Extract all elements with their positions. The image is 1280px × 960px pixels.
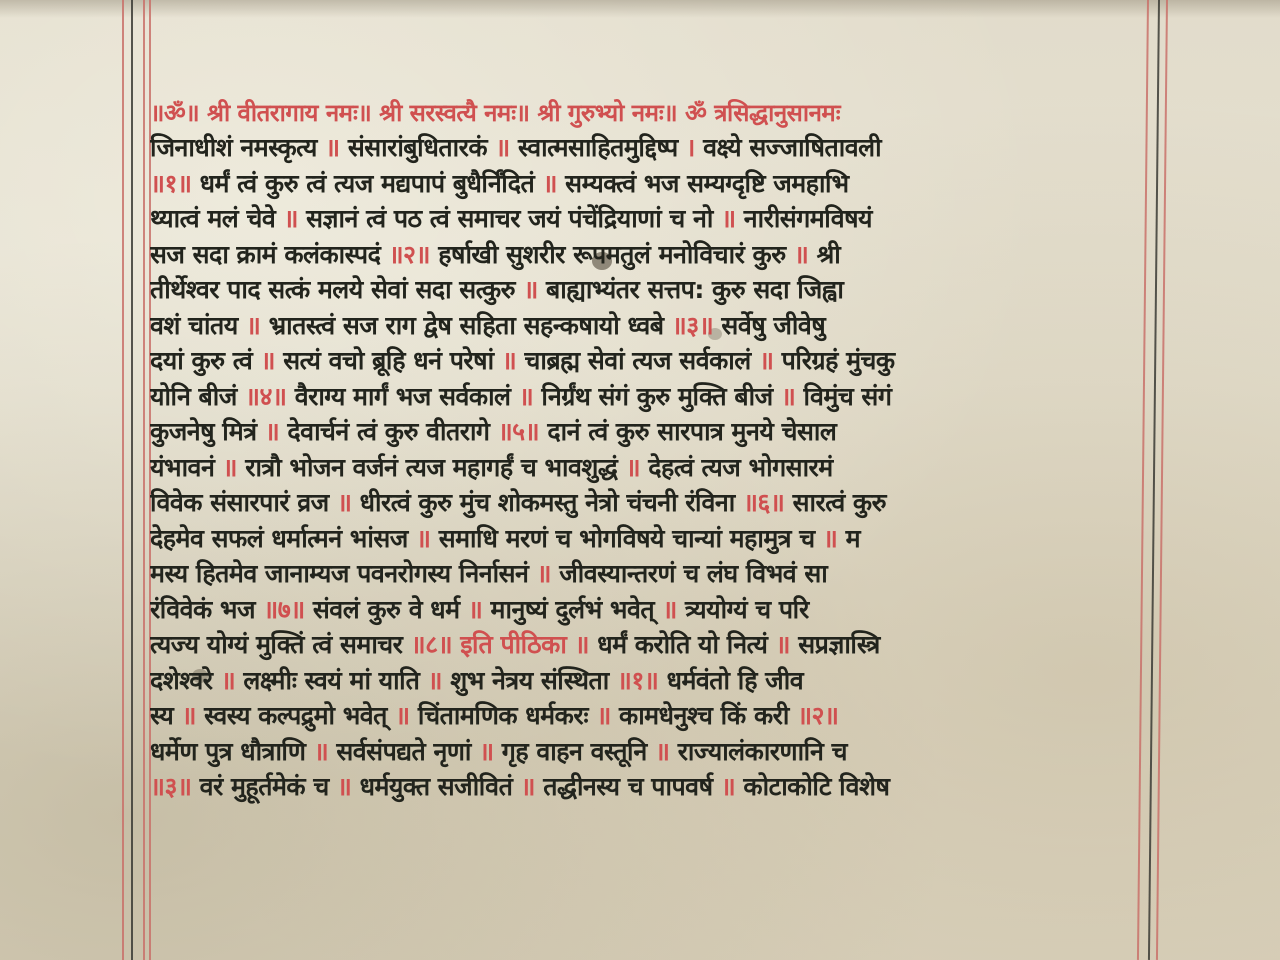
rubric-text: ॥१॥ <box>609 666 667 695</box>
verse-text: समाधि मरणं च भोगविषये चान्यां महामुत्र च <box>439 524 815 553</box>
verse-text: धर्मवंतो हि जीव <box>667 666 804 695</box>
rubric-text: ॥ <box>534 169 565 198</box>
verse-line: जिनाधीशं नमस्कृत्य ॥ संसारांबुधितारकं ॥ … <box>150 130 1150 166</box>
verse-text: शुभ नेत्रय संस्थिता <box>450 666 608 695</box>
left-margin-rule-red-inner <box>143 0 145 960</box>
verse-text: त्र्ययोग्यं च परि <box>685 595 809 624</box>
verse-text: सम्यक्त्वं भज सम्यग्दृष्टि जमहाभि <box>565 169 848 198</box>
verse-line: दयां कुरु त्वं ॥ सत्यं वचो ब्रूहि धनं पर… <box>150 343 1150 379</box>
rubric-text: ॥ <box>213 666 244 695</box>
rubric-text: ॥ <box>460 595 491 624</box>
verse-line: थ्यात्वं मलं चेवे ॥ सज्ञानं त्वं पठ त्वं… <box>150 201 1150 237</box>
rubric-text: ॥२॥ <box>789 701 839 730</box>
rubric-text: ॥ <box>647 737 678 766</box>
verse-text: दयां कुरु त्वं <box>150 346 252 375</box>
rubric-text: ॥ <box>512 772 543 801</box>
rubric-text: ॥५॥ <box>490 417 548 446</box>
manuscript-text: ॥ॐ॥ श्री वीतरागाय नमः॥ श्री सरस्वत्यै नम… <box>150 96 1150 805</box>
rubric-text: ॥ॐ॥ श्री वीतरागाय नमः॥ श्री सरस्वत्यै नम… <box>150 99 840 127</box>
rubric-text: ॥१॥ <box>150 169 200 198</box>
verse-text: लक्ष्मीः स्वयं मां याति <box>243 666 419 695</box>
verse-text: तद्धीनस्य च पापवर्ष <box>543 772 712 801</box>
verse-text: धर्मं त्वं कुरु त्वं त्यज मद्यपापं बुधैर… <box>200 169 535 198</box>
verse-line: धर्मेण पुत्र धौत्राणि ॥ सर्वसंपद्यते नृण… <box>150 734 1150 770</box>
verse-text: नारीसंगमविषयं <box>744 204 872 233</box>
rubric-text: ॥ <box>329 488 360 517</box>
verse-text: सर्वेषु जीवेषु <box>721 311 825 340</box>
verse-line: मस्य हितमेव जानाम्यज पवनरोगस्य निर्नासनं… <box>150 556 1150 592</box>
rubric-text: ॥ <box>471 737 502 766</box>
verse-line: देहमेव सफलं धर्मात्मनं भांसज ॥ समाधि मरण… <box>150 521 1150 557</box>
verse-line: ॥३॥ वरं मुहूर्तमेकं च ॥ धर्मयुक्त सजीवित… <box>150 769 1150 805</box>
rubric-text: ॥ <box>617 453 648 482</box>
verse-text: म <box>846 524 860 553</box>
verse-text: मस्य हितमेव जानाम्यज पवनरोगस्य निर्नासनं <box>150 559 528 588</box>
verse-text: रात्रौ भोजन वर्जनं त्यज महागर्हं च भावशु… <box>245 453 617 482</box>
verse-text: स्वात्मसाहितमुद्दिष्प <box>518 133 678 162</box>
rubric-text: ॥२॥ <box>380 240 438 269</box>
verse-text: दशेश्वरे <box>150 666 213 695</box>
verse-text: स्वस्य कल्पद्रुमो भवेत् <box>204 701 387 730</box>
verse-line: त्यज्य योग्यं मुक्तिं त्वं समाचर ॥८॥ इति… <box>150 627 1150 663</box>
verse-text: सज सदा क्रामं कलंकास्पदं <box>150 240 380 269</box>
verse-line: सज सदा क्रामं कलंकास्पदं ॥२॥ हर्षाखी सुश… <box>150 237 1150 273</box>
rubric-text: ॥ <box>252 346 283 375</box>
verse-text: योनि बीजं <box>150 382 237 411</box>
verse-text: देहत्वं त्यज भोगसारमं <box>648 453 832 482</box>
rubric-text: ॥ <box>419 666 450 695</box>
verse-text: सज्ञानं त्वं पठ त्वं समाचर जयं पंचेंद्रि… <box>306 204 713 233</box>
verse-text: गृह वाहन वस्तूनि <box>502 737 647 766</box>
invocation-line: ॥ॐ॥ श्री वीतरागाय नमः॥ श्री सरस्वत्यै नम… <box>150 96 1150 130</box>
rubric-text: ॥३॥ <box>664 311 722 340</box>
rubric-text: ॥ <box>713 772 744 801</box>
verse-text: कोटाकोटि विशेष <box>743 772 889 801</box>
rubric-text: ॥ <box>528 559 559 588</box>
rubric-text: ॥७॥ <box>255 595 313 624</box>
rubric-text: ॥४॥ <box>237 382 295 411</box>
verse-text: चिंतामणिक धर्मकरः <box>418 701 588 730</box>
verse-text: धीरत्वं कुरु मुंच शोकमस्तु नेत्रो चंचनी … <box>360 488 735 517</box>
verse-text: वशं चांतय <box>150 311 238 340</box>
verse-line: वशं चांतय ॥ भ्रातस्त्वं सज राग द्वेष सहि… <box>150 308 1150 344</box>
verse-line: दशेश्वरे ॥ लक्ष्मीः स्वयं मां याति ॥ शुभ… <box>150 663 1150 699</box>
verse-line: तीर्थेश्वर पाद सत्कं मलये सेवां सदा सत्क… <box>150 272 1150 308</box>
rubric-text: ॥ <box>317 133 348 162</box>
verse-text: देवार्चनं त्वं कुरु वीतरागे <box>287 417 489 446</box>
verse-line: योनि बीजं ॥४॥ वैराग्य मार्गं भज सर्वकालं… <box>150 379 1150 415</box>
verse-text: निर्ग्रंथ संगं कुरु मुक्ति बीजं <box>541 382 772 411</box>
rubric-text: ॥ <box>329 772 360 801</box>
rubric-text: ॥ <box>511 382 542 411</box>
verse-text: तीर्थेश्वर पाद सत्कं मलये सेवां सदा सत्क… <box>150 275 515 304</box>
verse-text: कुजनेषु मित्रं <box>150 417 257 446</box>
verse-text: राज्यालंकारणानि च <box>678 737 847 766</box>
verse-line: ॥१॥ धर्मं त्वं कुरु त्वं त्यज मद्यपापं ब… <box>150 166 1150 202</box>
rubric-text: ॥ <box>173 701 204 730</box>
verse-text: जिनाधीशं नमस्कृत्य <box>150 133 317 162</box>
verse-text: कामधेनुश्च किं करी <box>619 701 789 730</box>
rubric-text: ॥ <box>387 701 418 730</box>
left-margin-rule-red-outer <box>122 0 124 960</box>
verse-text: स्य <box>150 701 173 730</box>
rubric-text: ॥८॥ इति पीठिका ॥ <box>402 630 597 659</box>
rubric-text: ॥ <box>815 524 846 553</box>
verse-text: परिग्रहं मुंचकु <box>782 346 895 375</box>
rubric-text: ॥ <box>487 133 518 162</box>
verse-text: विवेक संसारपारं व्रज <box>150 488 329 517</box>
verse-line: यंभावनं ॥ रात्रौ भोजन वर्जनं त्यज महागर्… <box>150 450 1150 486</box>
verse-line: स्य ॥ स्वस्य कल्पद्रुमो भवेत् ॥ चिंतामणि… <box>150 698 1150 734</box>
verse-text: मानुष्यं दुर्लभं भवेत् <box>491 595 655 624</box>
verse-text: सत्यं वचो ब्रूहि धनं परेषां <box>283 346 493 375</box>
rubric-text: ॥ <box>515 275 546 304</box>
verse-text: चाब्रह्म सेवां त्यज सर्वकालं <box>524 346 750 375</box>
verse-text: भ्रातस्त्वं सज राग द्वेष सहिता सहन्कषायो… <box>269 311 664 340</box>
rubric-text: ॥ <box>494 346 525 375</box>
verse-text: हर्षाखी सुशरीर रूपमतुलं मनोविचारं कुरु <box>438 240 785 269</box>
rubric-text: ॥ <box>713 204 744 233</box>
verse-text: धर्मेण पुत्र धौत्राणि <box>150 737 305 766</box>
verse-text: सर्वसंपद्यते नृणां <box>336 737 471 766</box>
verse-text: वक्ष्ये सज्जाषितावली <box>703 133 881 162</box>
rubric-text: ॥ <box>654 595 685 624</box>
rubric-text: ॥ <box>773 382 804 411</box>
verse-text: धर्मयुक्त सजीवितं <box>360 772 513 801</box>
verse-text: थ्यात्वं मलं चेवे <box>150 204 275 233</box>
rubric-text: ॥ <box>408 524 439 553</box>
page-shadow <box>0 0 1280 18</box>
verse-line: कुजनेषु मित्रं ॥ देवार्चनं त्वं कुरु वीत… <box>150 414 1150 450</box>
verse-text: श्री <box>817 240 841 269</box>
verse-text: वैराग्य मार्गं भज सर्वकालं <box>295 382 511 411</box>
rubric-text: ॥ <box>767 630 798 659</box>
rubric-text: ॥ <box>305 737 336 766</box>
rubric-text: ॥ <box>275 204 306 233</box>
rubric-text: ॥ <box>238 311 269 340</box>
verse-text: देहमेव सफलं धर्मात्मनं भांसज <box>150 524 408 553</box>
verse-text: सारत्वं कुरु <box>793 488 886 517</box>
verse-text: जीवस्यान्तरणं च लंघ विभवं सा <box>559 559 827 588</box>
rubric-text: ॥ <box>751 346 782 375</box>
verse-text: विमुंच संगं <box>804 382 892 411</box>
verse-text: यंभावनं <box>150 453 214 482</box>
rubric-text: । <box>678 133 703 162</box>
rubric-text: ॥ <box>588 701 619 730</box>
verse-line: रंविवेकं भज ॥७॥ संवलं कुरु वे धर्म ॥ मान… <box>150 592 1150 628</box>
rubric-text: ॥ <box>786 240 817 269</box>
verse-text: वरं मुहूर्तमेकं च <box>200 772 329 801</box>
verse-text: सप्रज्ञास्त्रि <box>798 630 880 659</box>
rubric-text: ॥३॥ <box>150 772 200 801</box>
verse-text: धर्मं करोति यो नित्यं <box>597 630 767 659</box>
verse-text: दानं त्वं कुरु सारपात्र मुनये चेसाल <box>547 417 836 446</box>
verse-text: संसारांबुधितारकं <box>348 133 487 162</box>
rubric-text: ॥ <box>257 417 288 446</box>
rubric-text: ॥६॥ <box>735 488 793 517</box>
verse-text: संवलं कुरु वे धर्म <box>313 595 460 624</box>
left-margin-rule-black <box>131 0 133 960</box>
verse-text: त्यज्य योग्यं मुक्तिं त्वं समाचर <box>150 630 402 659</box>
rubric-text: ॥ <box>214 453 245 482</box>
verse-text: बाह्याभ्यंतर सत्तप: कुरु सदा जिह्वा <box>546 275 843 304</box>
verse-line: विवेक संसारपारं व्रज ॥ धीरत्वं कुरु मुंच… <box>150 485 1150 521</box>
verse-text: रंविवेकं भज <box>150 595 255 624</box>
